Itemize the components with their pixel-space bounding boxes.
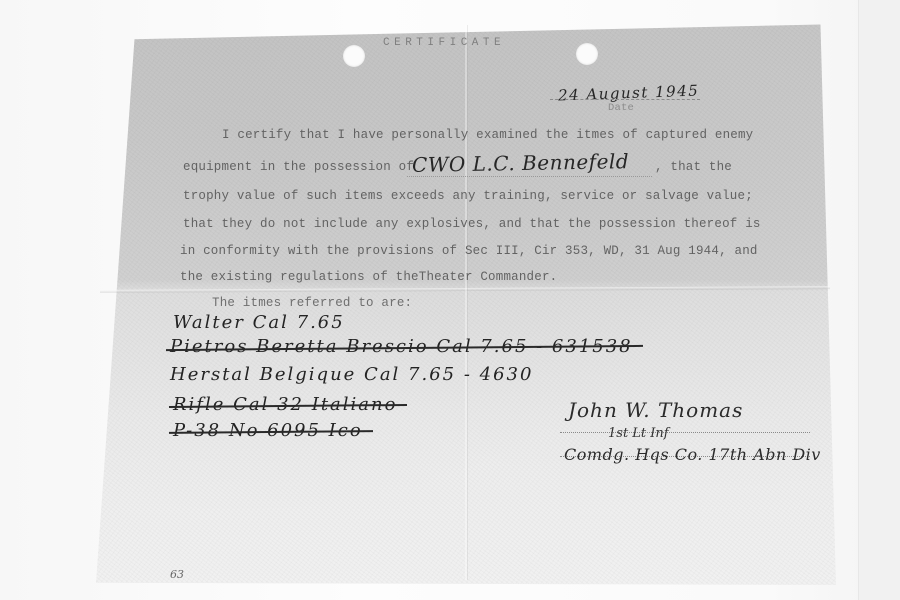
punch-hole-left [343,45,365,67]
body-line-4: that they do not include any explosives,… [183,217,761,231]
item-entry-struck: Rifle Cal 32 Italiano [173,394,397,415]
signature-name: John W. Thomas [568,398,743,422]
item-entry-struck: Pietros Beretta Brescio Cal 7.65 - 63153… [170,336,633,357]
item-entry: Walter Cal 7.65 [173,312,345,333]
items-intro: The itmes referred to are: [212,296,412,310]
signature-block: John W. Thomas 1st Lt Inf Comdg. Hqs Co.… [560,398,820,478]
body-line-1: I certify that I have personally examine… [222,128,753,142]
punch-hole-right [576,43,598,65]
date-label: Date [608,102,634,114]
corner-pencil-mark: 63 [170,568,184,581]
body-line-2-prefix: equipment in the possession of [183,160,414,174]
body-line-5: in conformity with the provisions of Sec… [180,244,758,258]
body-line-6: the existing regulations of theTheater C… [180,270,557,284]
item-entry-struck: P-38 No 6095 Ico [173,420,363,441]
backdrop-edge [858,0,900,600]
item-entry: Herstal Belgique Cal 7.65 - 4630 [170,364,533,385]
signature-unit: Comdg. Hqs Co. 17th Abn Div [564,445,821,464]
document-title: CERTIFICATE [383,37,505,49]
body-line-3: trophy value of such items exceeds any t… [183,189,753,203]
signature-rank: 1st Lt Inf [608,426,669,441]
possessor-name-handwritten: CWO L.C. Bennefeld [412,149,630,177]
date-underline [550,99,700,100]
body-line-2-suffix: , that the [655,160,732,174]
signature-line [560,432,810,433]
vertical-fold-crease [465,25,467,580]
